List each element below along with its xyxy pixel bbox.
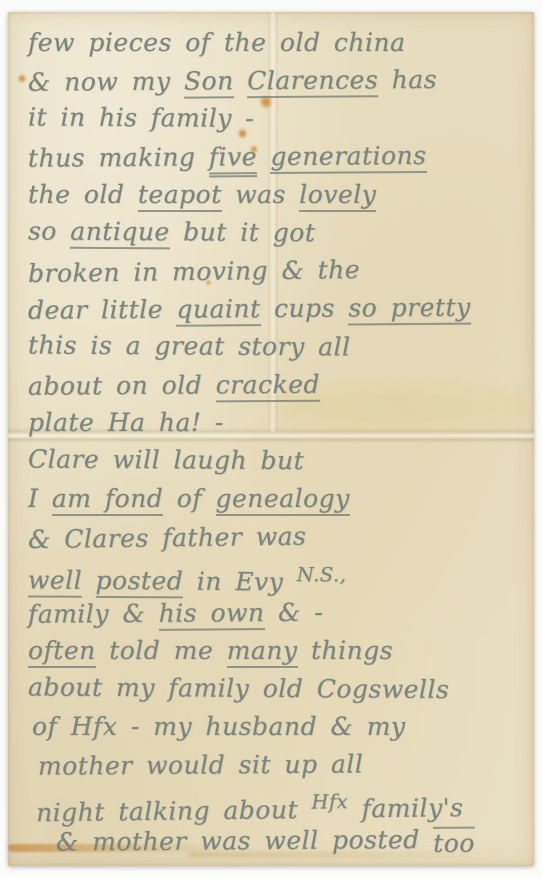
letter-line-segment: genealogy: [216, 484, 350, 516]
letter-line-segment: quaint: [176, 294, 260, 327]
letter-line-segment: told me: [96, 636, 227, 665]
letter-line: so antique but it got: [28, 212, 526, 253]
letter-line-segment: & mother was well posted: [56, 825, 433, 857]
letter-line: & Clares father was: [28, 515, 526, 559]
letter-line-segment: Clare will laugh but: [28, 444, 304, 475]
letter-line: the old teapot was lovely: [28, 176, 526, 214]
letter-line: well posted in Evy N.S.,: [28, 554, 526, 595]
letter-line-segment: few pieces of the old china: [28, 28, 406, 57]
letter-line: & mother was well posted too: [28, 820, 526, 861]
letter-line-segment: lovely: [299, 180, 376, 212]
letter-line: few pieces of the old china: [28, 24, 526, 62]
letter-line-segment: teapot: [138, 180, 222, 212]
letter-line-segment: N.S.,: [297, 563, 347, 586]
letter-line-segment: family's: [348, 793, 463, 823]
letter-line-segment: of: [163, 484, 215, 513]
letter-line-segment: has: [378, 65, 437, 94]
letter-line-segment: family &: [28, 599, 159, 629]
letter-line-segment: often: [28, 636, 96, 668]
letter-line-segment: but it got: [170, 217, 316, 247]
letter-line-segment: this is a great story all: [28, 330, 351, 361]
letter-line-segment: was: [222, 180, 300, 209]
letter-line-segment: [82, 566, 96, 595]
letter-line: & now my Son Clarences has: [28, 60, 526, 101]
letter-line-segment: [257, 142, 271, 171]
letter-line-segment: his own: [159, 598, 265, 631]
letter-line-segment: about my family old Cogswells: [28, 672, 449, 704]
letter-line-segment: so: [28, 216, 71, 245]
letter-line: it in his family -: [28, 98, 526, 139]
letter-line: broken in moving & the: [28, 249, 526, 293]
letter-line-segment: & now my: [28, 67, 184, 97]
letter-page: few pieces of the old china& now my Son …: [8, 12, 534, 866]
letter-line-segment: mother would sit up all: [38, 749, 364, 780]
letter-line: about on old cracked: [28, 364, 526, 405]
letter-line: plate Ha ha! -: [28, 404, 526, 442]
letter-line-segment: Hfx: [311, 790, 348, 813]
letter-line-segment: am fond: [52, 484, 163, 516]
letter-line-segment: it in his family -: [28, 102, 254, 132]
letter-line-segment: thus making: [28, 142, 209, 172]
letter-line-segment: antique: [70, 217, 170, 250]
letter-line: often told me many things: [28, 632, 526, 670]
letter-line-segment: [234, 66, 248, 95]
letter-line: night talking about Hfx family's: [28, 781, 526, 825]
letter-line-segment: so pretty: [348, 293, 471, 326]
letter-line: thus making five generations: [28, 136, 526, 177]
letter-line-segment: & Clares father was: [28, 522, 307, 554]
letter-line-segment: the old: [28, 180, 138, 209]
letter-line: Clare will laugh but: [28, 440, 526, 481]
letter-line: I am fond of genealogy: [28, 480, 526, 518]
letter-line-segment: plate Ha ha! -: [28, 408, 224, 437]
letter-line: dear little quaint cups so pretty: [28, 288, 526, 329]
letter-line-segment: dear little: [28, 295, 177, 325]
letter-line-segment: many: [227, 636, 298, 668]
letter-line: about my family old Cogswells: [28, 668, 526, 709]
letter-line-segment: five: [209, 142, 257, 177]
letter-line: family & his own & -: [28, 592, 526, 633]
letter-line-segment: I: [28, 484, 52, 513]
letter-line: of Hfx - my husband & my: [28, 708, 526, 746]
letter-line-segment: things: [298, 636, 394, 665]
letter-line-segment: cracked: [216, 370, 321, 403]
scanned-letter: few pieces of the old china& now my Son …: [0, 0, 542, 877]
rust-stain: [18, 74, 26, 83]
letter-line-segment: & -: [264, 598, 323, 627]
letter-line-segment: about on old: [28, 370, 216, 400]
letter-line-segment: Clarences: [247, 65, 378, 98]
letter-line-segment: broken in moving & the: [28, 255, 360, 288]
letter-line-segment: cups: [260, 294, 348, 324]
letter-line-segment: in Evy: [183, 567, 297, 597]
letter-line-segment: Son: [184, 66, 234, 98]
letter-line: this is a great story all: [28, 326, 526, 367]
letter-line-segment: generations: [270, 141, 426, 174]
letter-line-segment: of Hfx - my husband & my: [32, 712, 406, 741]
letter-lines: few pieces of the old china& now my Son …: [28, 24, 526, 862]
letter-line-segment: well: [28, 566, 82, 598]
letter-line: mother would sit up all: [28, 744, 526, 785]
letter-line-segment: too: [433, 827, 475, 858]
